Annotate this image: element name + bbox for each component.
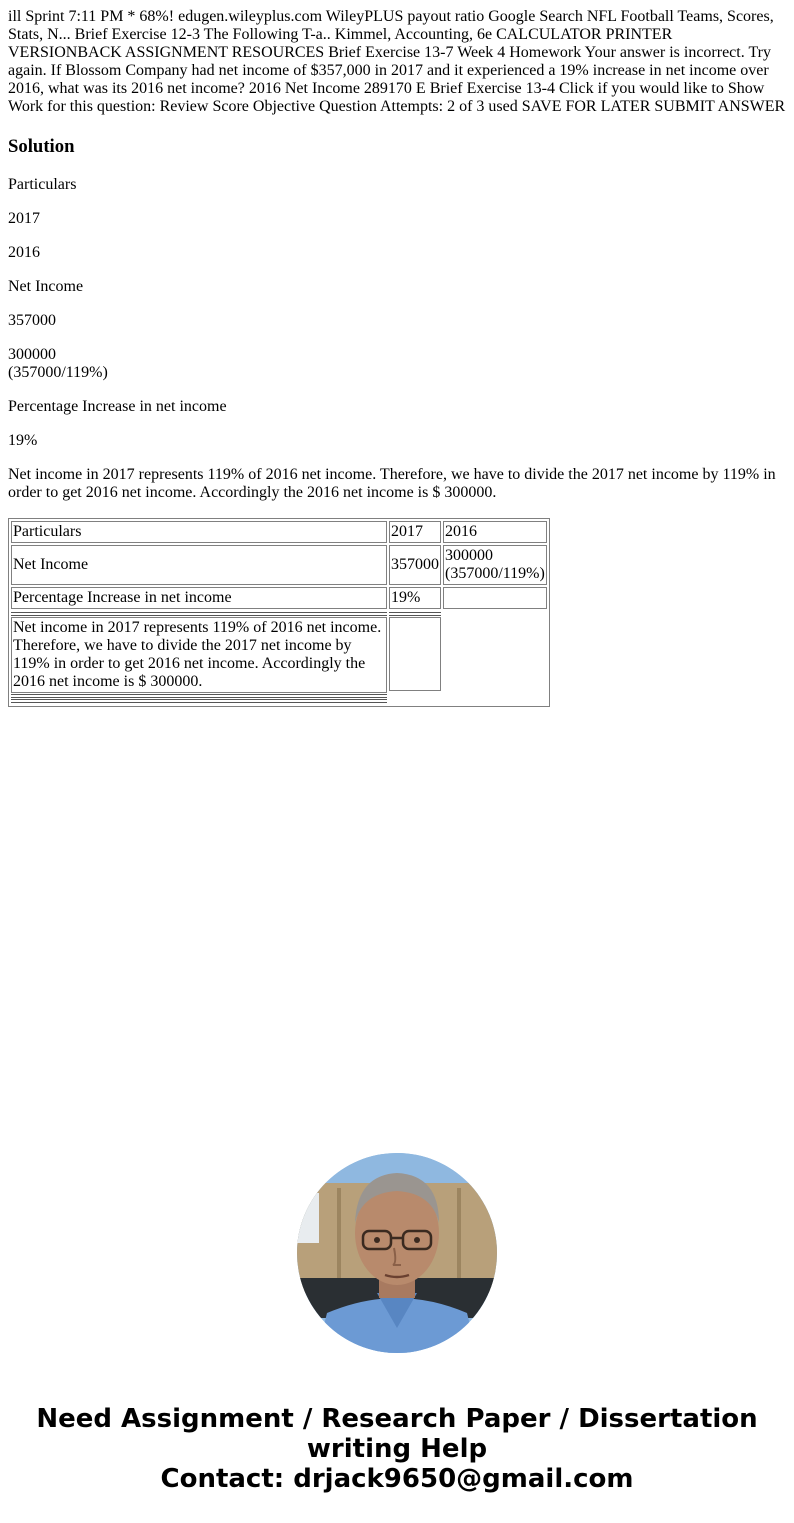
row-net-income-2016-value: 300000 — [445, 547, 493, 564]
footer-line-1: Need Assignment / Research Paper / Disse… — [0, 1404, 794, 1434]
row-net-income-2017: 357000 — [389, 545, 441, 585]
header-2017: 2017 — [389, 521, 441, 543]
table-explanation-text: Net income in 2017 represents 119% of 20… — [11, 617, 387, 693]
particulars-label: Particulars — [8, 176, 786, 194]
table-row-explanation: Net income in 2017 represents 119% of 20… — [11, 611, 547, 704]
author-avatar — [297, 1153, 497, 1353]
footer-line-2: writing Help — [0, 1434, 794, 1464]
divider — [11, 699, 387, 703]
net-income-2016-value: 300000 — [8, 346, 56, 363]
net-income-label: Net Income — [8, 278, 786, 296]
empty-cell-wrapper — [389, 611, 441, 704]
row-net-income-2016-formula: (357000/119%) — [445, 565, 545, 582]
row-pct-2017: 19% — [389, 587, 441, 609]
divider — [11, 612, 387, 616]
row-net-income-2016: 300000 (357000/119%) — [443, 545, 547, 585]
net-income-2016-formula: (357000/119%) — [8, 364, 108, 381]
row-net-income-label: Net Income — [11, 545, 387, 585]
contact-footer: Need Assignment / Research Paper / Disse… — [0, 1404, 794, 1494]
avatar-portrait-icon — [297, 1153, 497, 1353]
explanation-text: Net income in 2017 represents 119% of 20… — [8, 466, 786, 502]
pct-increase-label: Percentage Increase in net income — [8, 398, 786, 416]
pct-increase-value: 19% — [8, 432, 786, 450]
table-row: Net Income 357000 300000 (357000/119%) — [11, 545, 547, 585]
page-content: ill Sprint 7:11 PM * 68%! edugen.wileypl… — [0, 0, 794, 707]
empty-cell — [389, 617, 441, 691]
blank-cell — [443, 611, 547, 704]
footer-contact: Contact: drjack9650@gmail.com — [0, 1464, 794, 1494]
header-particulars: Particulars — [11, 521, 387, 543]
year-2017-label: 2017 — [8, 210, 786, 228]
solution-heading: Solution — [8, 136, 786, 158]
explanation-cell-wrapper: Net income in 2017 represents 119% of 20… — [11, 611, 387, 704]
row-pct-label: Percentage Increase in net income — [11, 587, 387, 609]
question-text: ill Sprint 7:11 PM * 68%! edugen.wileypl… — [8, 8, 786, 116]
solution-table: Particulars 2017 2016 Net Income 357000 … — [8, 518, 550, 707]
net-income-2016: 300000 (357000/119%) — [8, 346, 786, 382]
row-pct-2016 — [443, 587, 547, 609]
header-2016: 2016 — [443, 521, 547, 543]
table-header-row: Particulars 2017 2016 — [11, 521, 547, 543]
divider — [389, 612, 441, 616]
solution-flat-text: Particulars 2017 2016 Net Income 357000 … — [8, 176, 786, 502]
divider — [11, 694, 387, 698]
year-2016-label: 2016 — [8, 244, 786, 262]
table-row: Percentage Increase in net income 19% — [11, 587, 547, 609]
net-income-2017: 357000 — [8, 312, 786, 330]
